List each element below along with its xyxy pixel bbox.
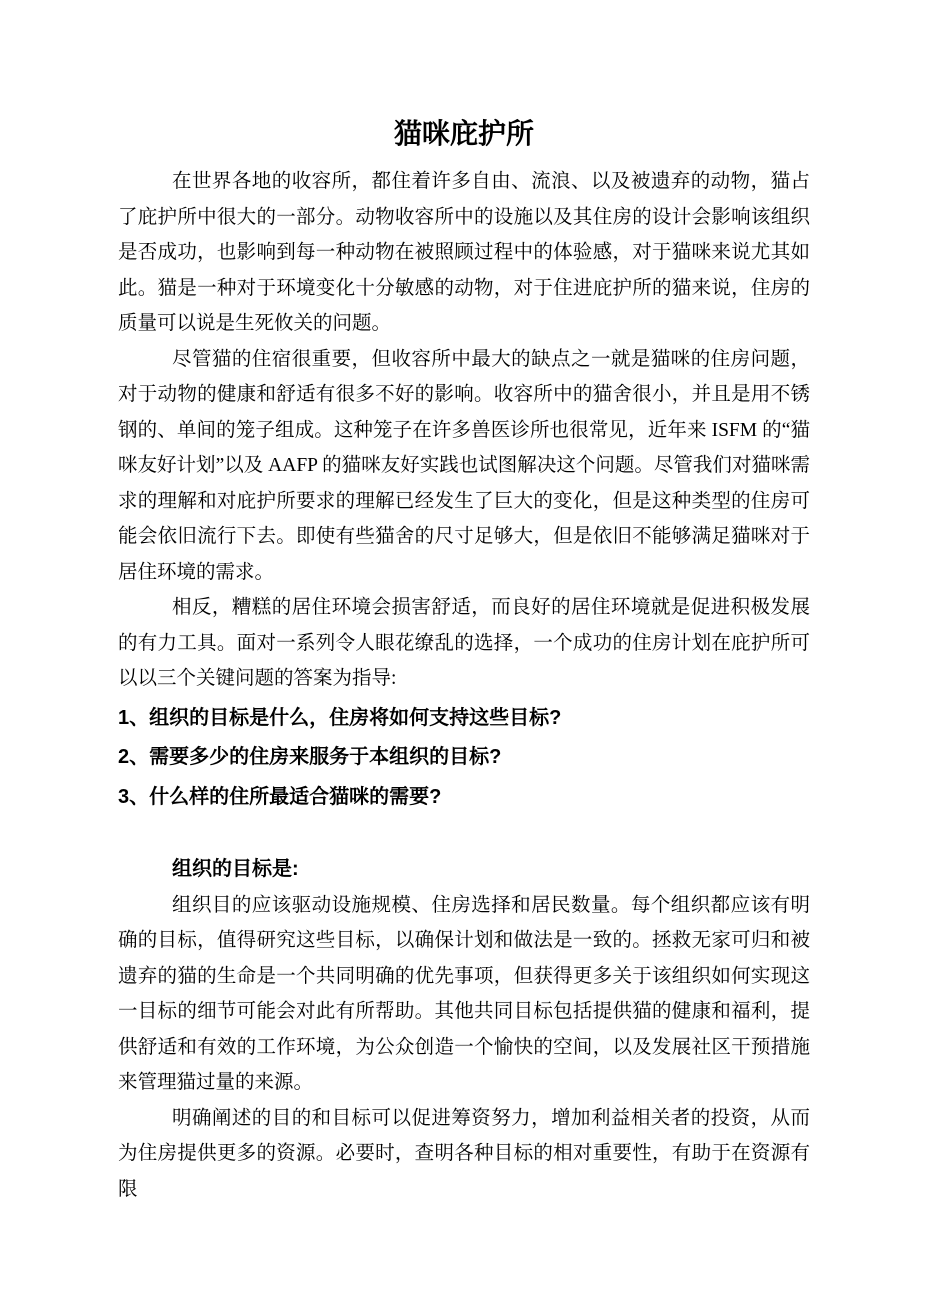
document-title: 猫咪庇护所 [118, 117, 810, 153]
body-paragraph: 相反，糟糕的居住环境会损害舒适，而良好的居住环境就是促进积极发展的有力工具。面对… [118, 590, 810, 697]
blank-line [118, 815, 810, 850]
body-paragraph: 尽管猫的住宿很重要，但收容所中最大的缺点之一就是猫咪的住房问题，对于动物的健康和… [118, 342, 810, 591]
question-item: 1、组织的目标是什么，住房将如何支持这些目标? [118, 701, 810, 737]
body-paragraph: 组织目的应该驱动设施规模、住房选择和居民数量。每个组织都应该有明确的目标，值得研… [118, 888, 810, 1101]
body-paragraph: 明确阐述的目的和目标可以促进筹资努力，增加利益相关者的投资，从而为住房提供更多的… [118, 1101, 810, 1208]
document-body: 在世界各地的收容所，都住着许多自由、流浪、以及被遗弃的动物，猫占了庇护所中很大的… [118, 164, 810, 1207]
section-heading: 组织的目标是: [118, 852, 810, 888]
document-content: 猫咪庇护所 在世界各地的收容所，都住着许多自由、流浪、以及被遗弃的动物，猫占了庇… [118, 117, 810, 1207]
question-item: 2、需要多少的住房来服务于本组织的目标? [118, 740, 810, 776]
body-paragraph: 在世界各地的收容所，都住着许多自由、流浪、以及被遗弃的动物，猫占了庇护所中很大的… [118, 164, 810, 342]
question-item: 3、什么样的住所最适合猫咪的需要? [118, 780, 810, 816]
document-page: 猫咪庇护所 在世界各地的收容所，都住着许多自由、流浪、以及被遗弃的动物，猫占了庇… [0, 0, 926, 1309]
